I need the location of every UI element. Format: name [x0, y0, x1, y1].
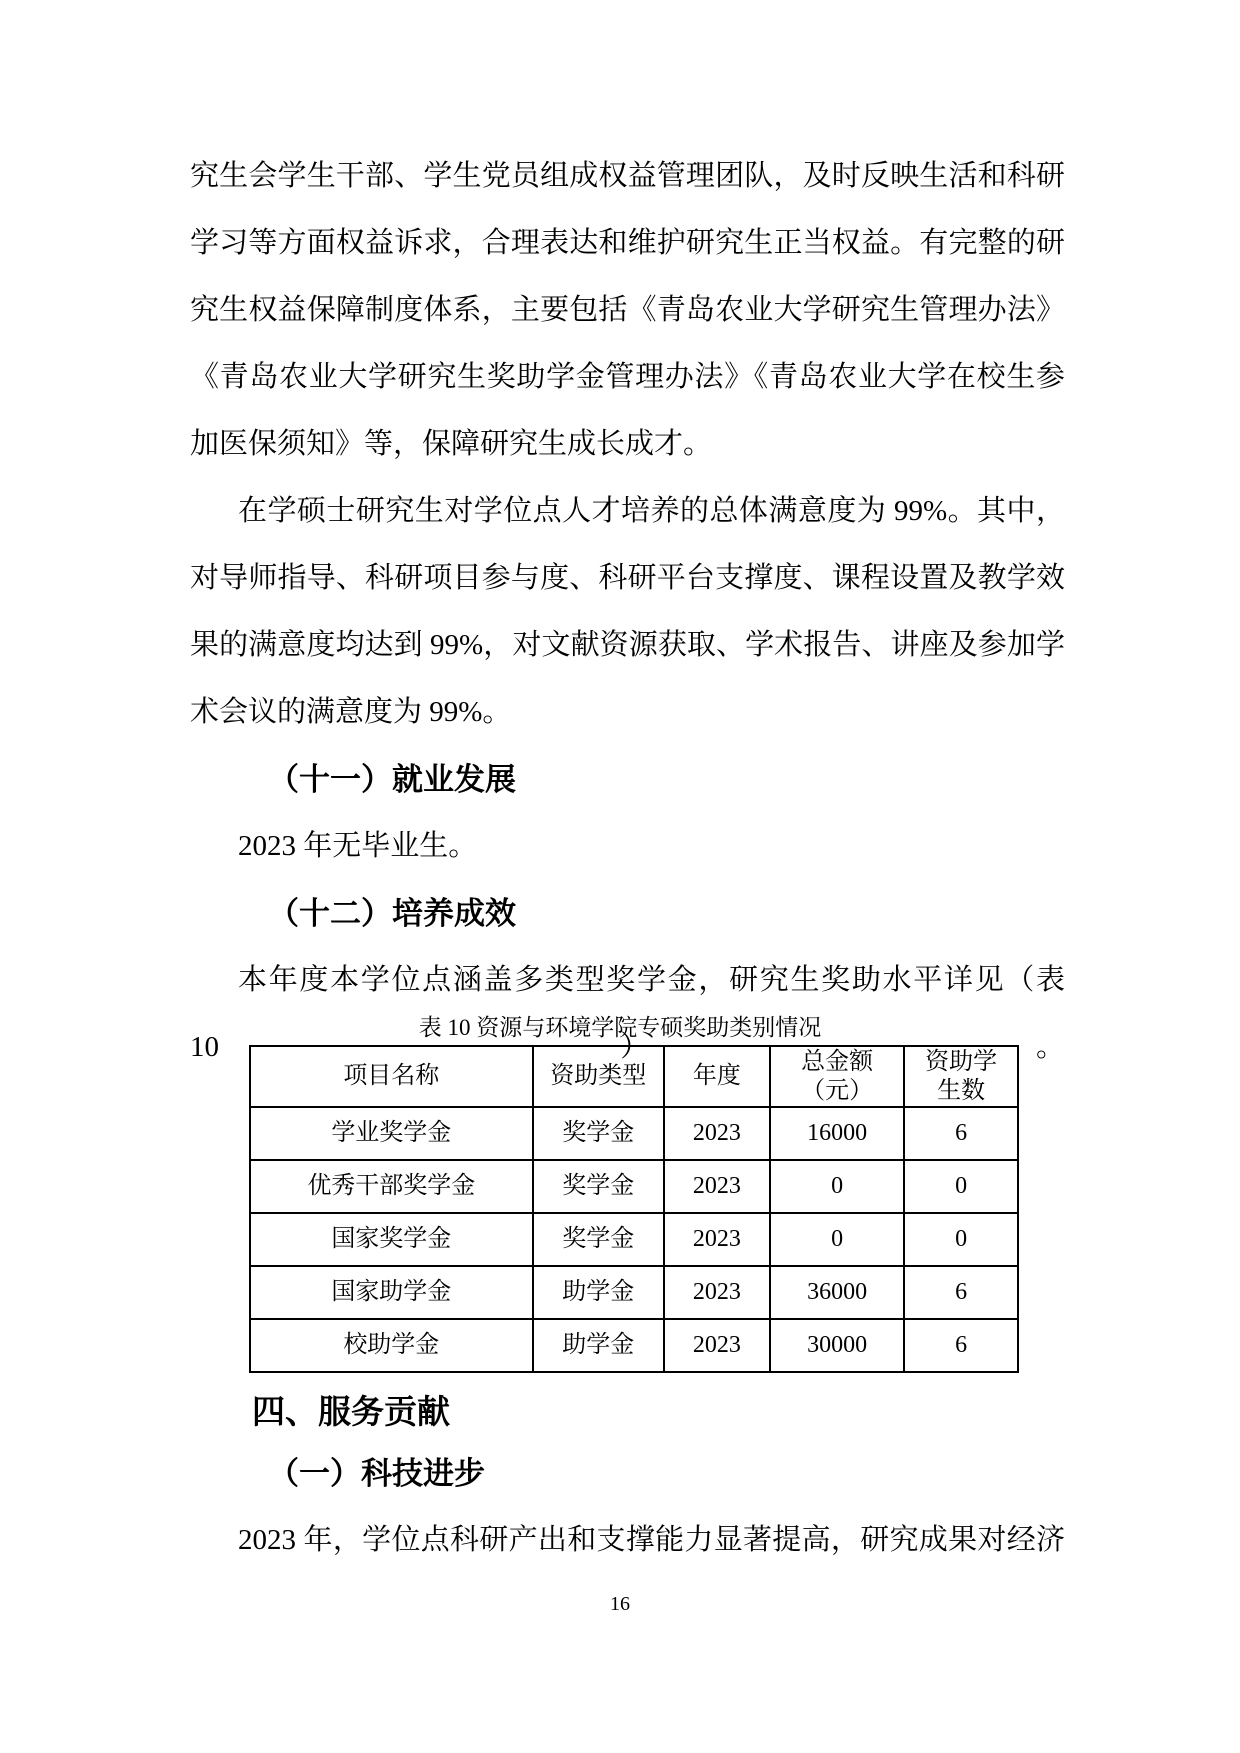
cell-funding-type: 奖学金 [533, 1213, 664, 1266]
paragraph-1: 究生会学生干部、学生党员组成权益管理团队，及时反映生活和科研 学习等方面权益诉求… [0, 143, 1240, 478]
cell-year: 2023 [664, 1213, 770, 1266]
cell-total-amount: 36000 [770, 1266, 904, 1319]
cell-funding-type: 助学金 [533, 1266, 664, 1319]
body-line: 果的满意度均达到 99%，对文献资源获取、学术报告、讲座及参加学 [190, 612, 1065, 679]
body-line: 《青岛农业大学研究生奖助学金管理办法》《青岛农业大学在校生参 [190, 344, 1065, 411]
body-line: 究生权益保障制度体系，主要包括《青岛农业大学研究生管理办法》 [190, 277, 1065, 344]
cell-funding-type: 奖学金 [533, 1107, 664, 1160]
heading-service-contribution: 四、服务贡献 [252, 1390, 1240, 1436]
cell-student-count: 6 [904, 1107, 1018, 1160]
heading-scientific-progress: （一）科技进步 [268, 1440, 1240, 1507]
cell-project-name: 优秀干部奖学金 [250, 1160, 533, 1213]
table-row: 学业奖学金 奖学金 2023 16000 6 [250, 1107, 1018, 1160]
document-page: 究生会学生干部、学生党员组成权益管理团队，及时反映生活和科研 学习等方面权益诉求… [0, 0, 1240, 1753]
cell-total-amount: 16000 [770, 1107, 904, 1160]
cell-student-count: 6 [904, 1319, 1018, 1372]
cell-project-name: 国家助学金 [250, 1266, 533, 1319]
heading-cultivation-results: （十二）培养成效 [268, 880, 1240, 947]
cell-year: 2023 [664, 1319, 770, 1372]
cell-year: 2023 [664, 1107, 770, 1160]
table-row: 优秀干部奖学金 奖学金 2023 0 0 [250, 1160, 1018, 1213]
cell-total-amount: 0 [770, 1160, 904, 1213]
body-line: 对导师指导、科研项目参与度、科研平台支撑度、课程设置及教学效 [190, 545, 1065, 612]
table-row: 国家助学金 助学金 2023 36000 6 [250, 1266, 1018, 1319]
scholarship-table: 项目名称 资助类型 年度 总金额 （元） 资助学 生数 学业奖学金 奖学金 20… [249, 1045, 1019, 1373]
paragraph-4: 本年度本学位点涵盖多类型奖学金，研究生奖助水平详见（表 10）。 [190, 947, 1065, 1014]
cell-year: 2023 [664, 1160, 770, 1213]
body-line: 究生会学生干部、学生党员组成权益管理团队，及时反映生活和科研 [190, 143, 1065, 210]
cell-total-amount: 0 [770, 1213, 904, 1266]
cell-funding-type: 奖学金 [533, 1160, 664, 1213]
paragraph-5: 2023 年，学位点科研产出和支撑能力显著提高，研究成果对经济 [190, 1507, 1065, 1574]
cell-student-count: 0 [904, 1160, 1018, 1213]
cell-funding-type: 助学金 [533, 1319, 664, 1372]
table-row: 国家奖学金 奖学金 2023 0 0 [250, 1213, 1018, 1266]
cell-project-name: 国家奖学金 [250, 1213, 533, 1266]
paragraph-2: 在学硕士研究生对学位点人才培养的总体满意度为 99%。其中， 对导师指导、科研项… [0, 478, 1240, 746]
body-line: 加医保须知》等，保障研究生成长成才。 [190, 411, 1065, 478]
page-number: 16 [0, 1592, 1240, 1616]
body-line: 术会议的满意度为 99%。 [190, 679, 1065, 746]
paragraph-3: 2023 年无毕业生。 [190, 813, 1065, 880]
cell-project-name: 校助学金 [250, 1319, 533, 1372]
cell-total-amount: 30000 [770, 1319, 904, 1372]
cell-year: 2023 [664, 1266, 770, 1319]
cell-student-count: 0 [904, 1213, 1018, 1266]
table-row: 校助学金 助学金 2023 30000 6 [250, 1319, 1018, 1372]
cell-project-name: 学业奖学金 [250, 1107, 533, 1160]
body-line: 学习等方面权益诉求，合理表达和维护研究生正当权益。有完整的研 [190, 210, 1065, 277]
heading-employment-development: （十一）就业发展 [268, 746, 1240, 813]
body-line: 在学硕士研究生对学位点人才培养的总体满意度为 99%。其中， [190, 478, 1065, 545]
cell-student-count: 6 [904, 1266, 1018, 1319]
